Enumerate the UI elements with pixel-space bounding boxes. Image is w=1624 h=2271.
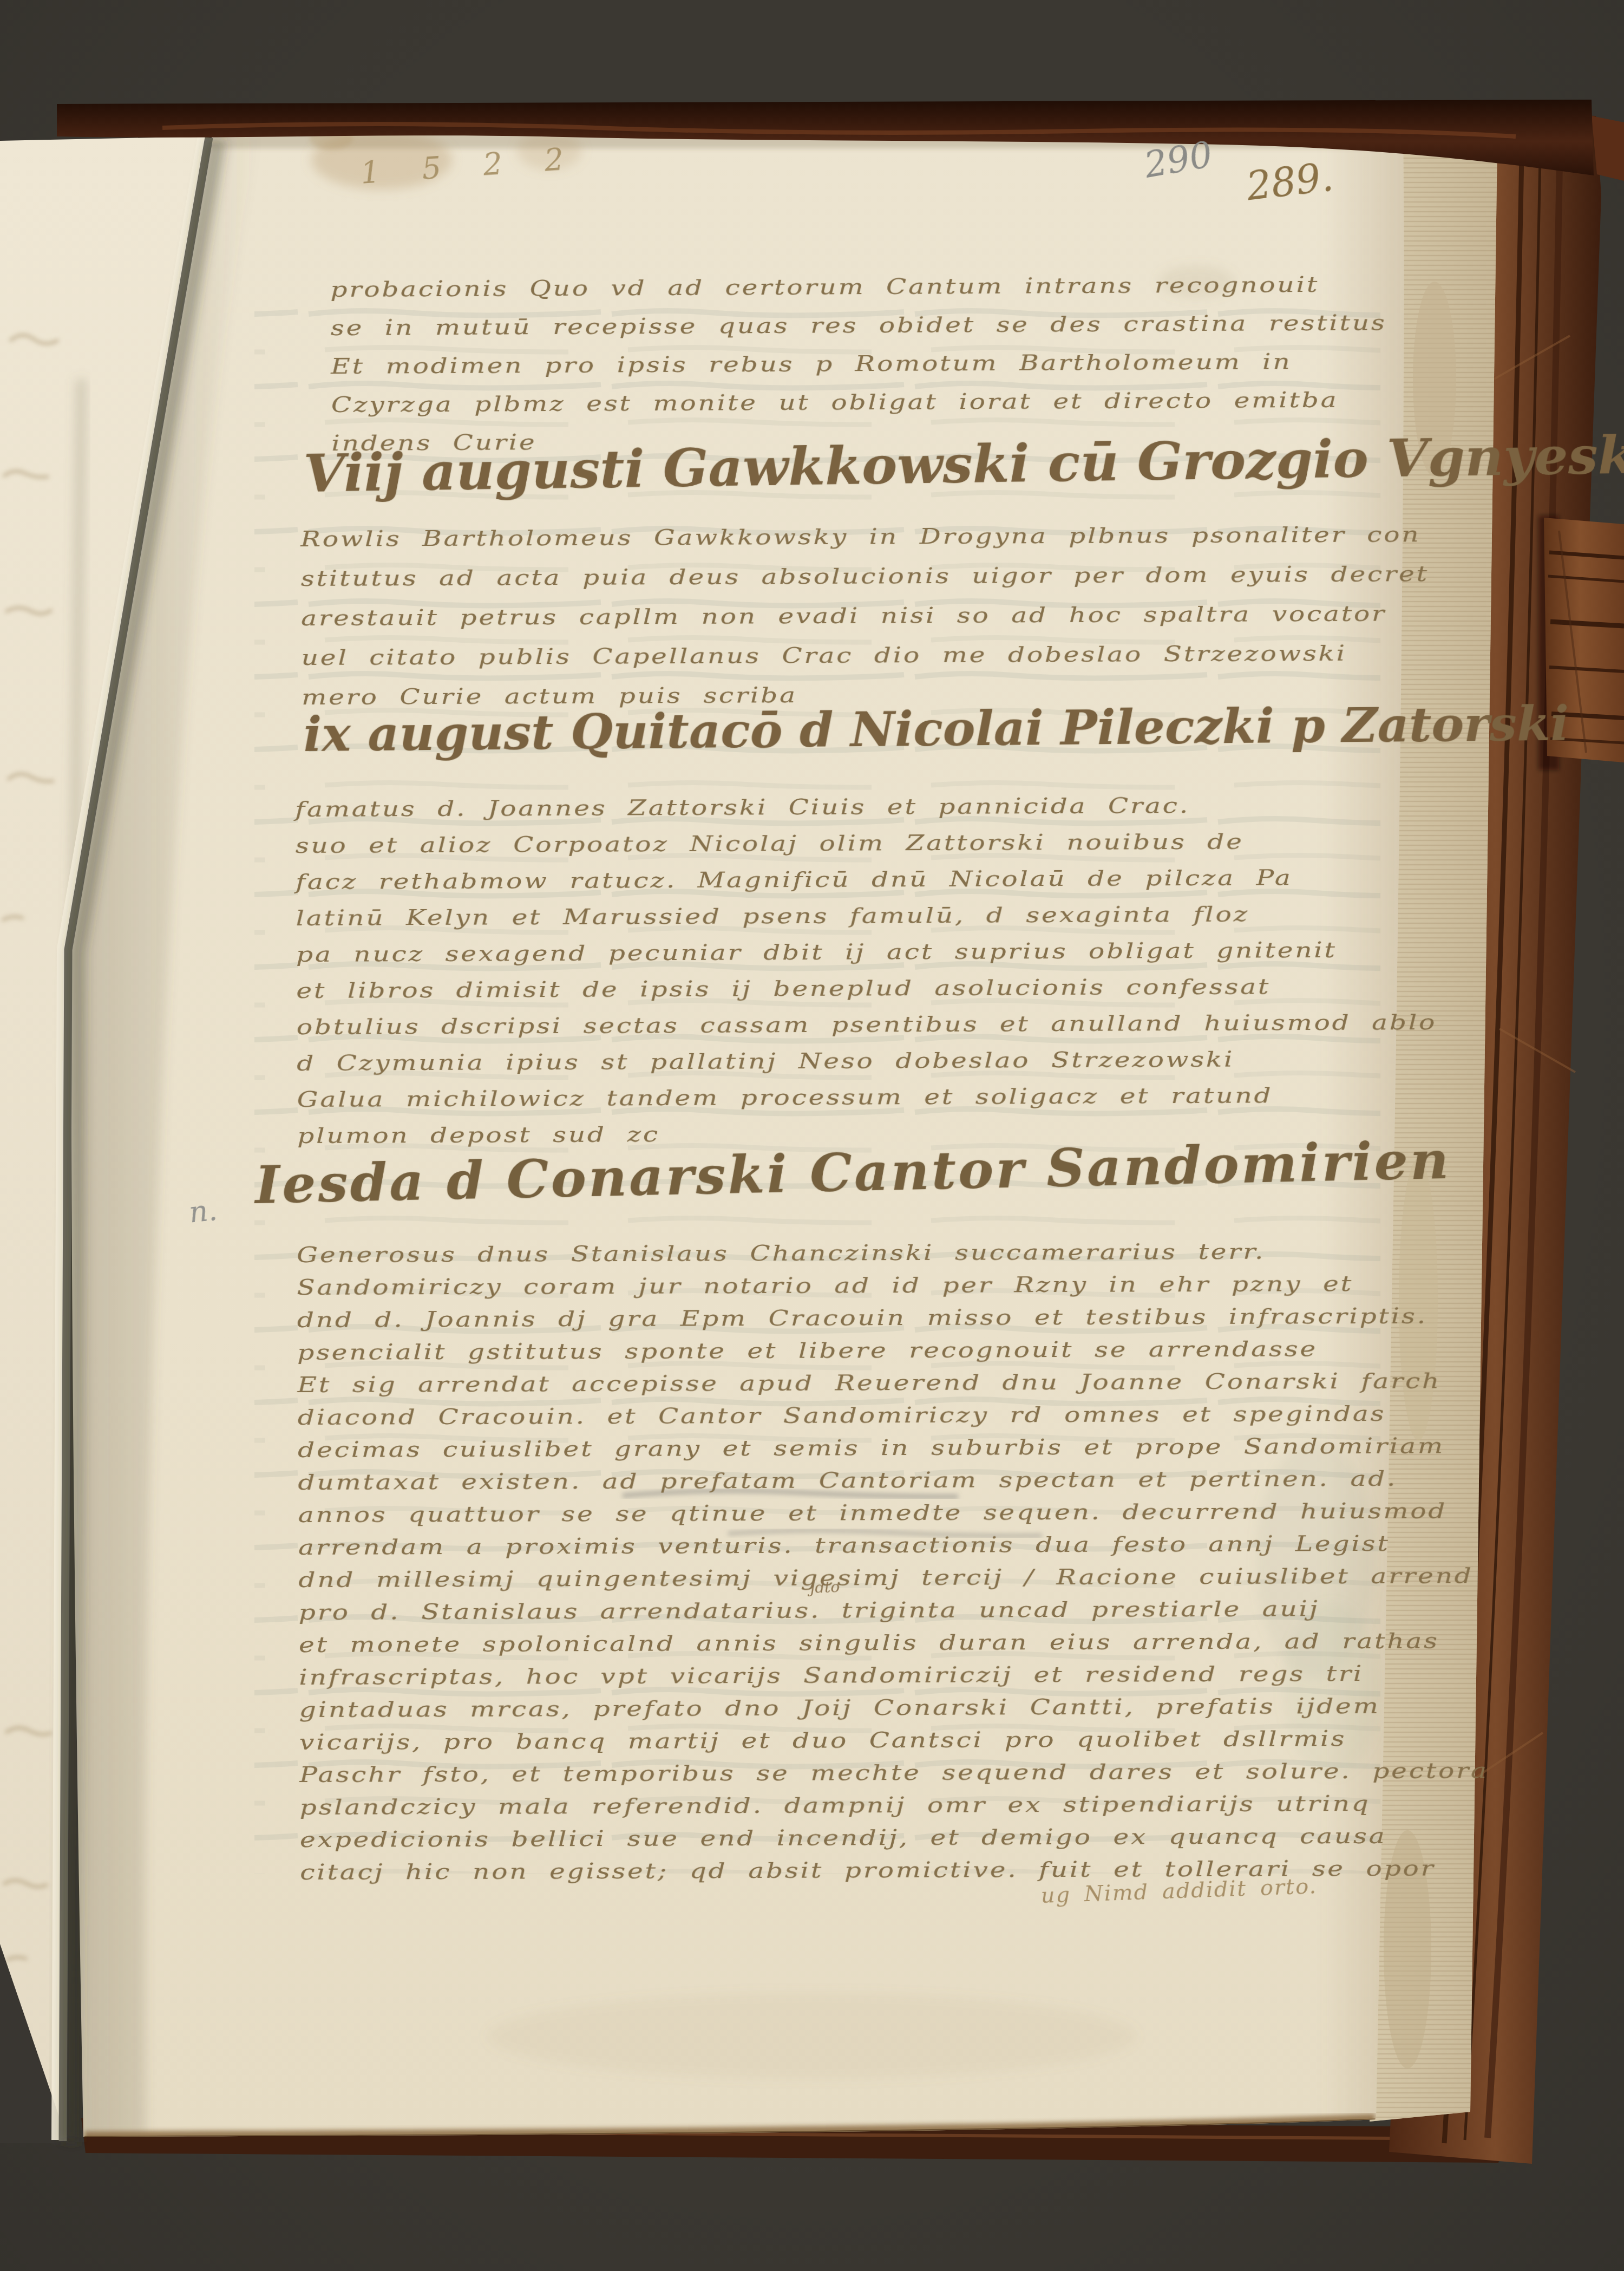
manuscript-line: uel citato publis Capellanus Crac dio me… [301, 634, 1429, 678]
manuscript-line: Et modimen pro ipsis rebus p Romotum Bar… [331, 342, 1387, 386]
manuscript-line: Galua michilowicz tandem processum et so… [297, 1077, 1437, 1118]
manuscript-line: gintaduas mrcas, prefato dno Joij Conars… [299, 1689, 1488, 1726]
manuscript-line: annos quattuor se se qtinue et inmedte s… [298, 1495, 1488, 1531]
manuscript-line: dumtaxat existen. ad prefatam Cantoriam … [298, 1462, 1487, 1499]
manuscript-line: decimas cuiuslibet grany et semis in sub… [298, 1430, 1487, 1466]
manuscript-line: Et sig arrendat accepisse apud Reuerend … [297, 1365, 1487, 1401]
manuscript-line: diacond Cracouin. et Cantor Sandomiriczy… [298, 1397, 1487, 1434]
manuscript-line: et monete spolonicalnd annis singulis du… [299, 1624, 1488, 1661]
margin-mark-pencil: n. [187, 1193, 219, 1230]
manuscript-line: se in mutuū recepisse quas res obidet se… [331, 304, 1387, 348]
manuscript-line: dnd d. Joannis dj gra Epm Cracouin misso… [297, 1300, 1487, 1336]
interlinear-superscript: jdto [810, 1578, 840, 1597]
manuscript-line: Sandomiriczy coram jur notario ad id per… [297, 1267, 1486, 1304]
manuscript-line: expedicionis bellici sue end incendij, e… [300, 1819, 1489, 1856]
manuscript-line: facz rethabmow ratucz. Magnificū dnū Nic… [296, 859, 1436, 900]
manuscript-line: pro d. Stanislaus arrendatarius. trigint… [299, 1592, 1488, 1629]
manuscript-line: pslandczicy mala referendid. dampnij omr… [299, 1787, 1489, 1824]
manuscript-line: obtulius dscripsi sectas cassam psentibu… [297, 1004, 1437, 1046]
manuscript-line: Generosus dnus Stanislaus Chanczinski su… [297, 1235, 1486, 1271]
entry-3: famatus d. Joannes Zattorski Ciuis et pa… [295, 787, 1437, 1154]
manuscript-line: Rowlis Bartholomeus Gawkkowsky in Drogyn… [300, 515, 1429, 559]
manuscript-line: Czyrzga plbmz est monite ut obligat iora… [331, 381, 1387, 425]
manuscript-line: psencialit gstitutus sponte et libere re… [297, 1332, 1487, 1369]
manuscript-line: famatus d. Joannes Zattorski Ciuis et pa… [295, 787, 1436, 828]
manuscript-line: arestauit petrus capllm non evadi nisi s… [301, 594, 1429, 638]
manuscript-line: pa nucz sexagend pecuniar dbit ij act su… [296, 932, 1437, 973]
manuscript-line: stitutus ad acta puia deus absolucionis … [300, 554, 1429, 599]
manuscript-line: arrendam a proximis venturis. transactio… [298, 1527, 1488, 1564]
entry-heading-2: ix august Quitacō d Nicolai Pileczki p Z… [303, 695, 1569, 762]
manuscript-line: et libros dimisit de ipsis ij beneplud a… [296, 968, 1437, 1009]
manuscript-book-photo: 1 5 2 2 290 289. n. probacionis Quo vd a… [0, 0, 1624, 2271]
manuscript-line: suo et alioz Corpoatoz Nicolaj olim Zatt… [295, 823, 1436, 864]
manuscript-line: infrascriptas, hoc vpt vicarijs Sandomir… [299, 1657, 1488, 1694]
manuscript-line: probacionis Quo vd ad certorum Cantum in… [330, 265, 1386, 309]
entry-4: Generosus dnus Stanislaus Chanczinski su… [297, 1235, 1489, 1889]
manuscript-line: dnd millesimj quingentesimj vigesimj ter… [298, 1559, 1488, 1596]
manuscript-line: Paschr fsto, et temporibus se mechte seq… [299, 1754, 1489, 1791]
manuscript-line: vicarijs, pro bancq martij et duo Cantsc… [299, 1722, 1489, 1759]
manuscript-line: latinū Kelyn et Marussied psens famulū, … [296, 896, 1436, 937]
manuscript-line: d Czymunia ipius st pallatinj Neso dobes… [297, 1041, 1437, 1082]
entry-2: Rowlis Bartholomeus Gawkkowsky in Drogyn… [300, 515, 1430, 717]
